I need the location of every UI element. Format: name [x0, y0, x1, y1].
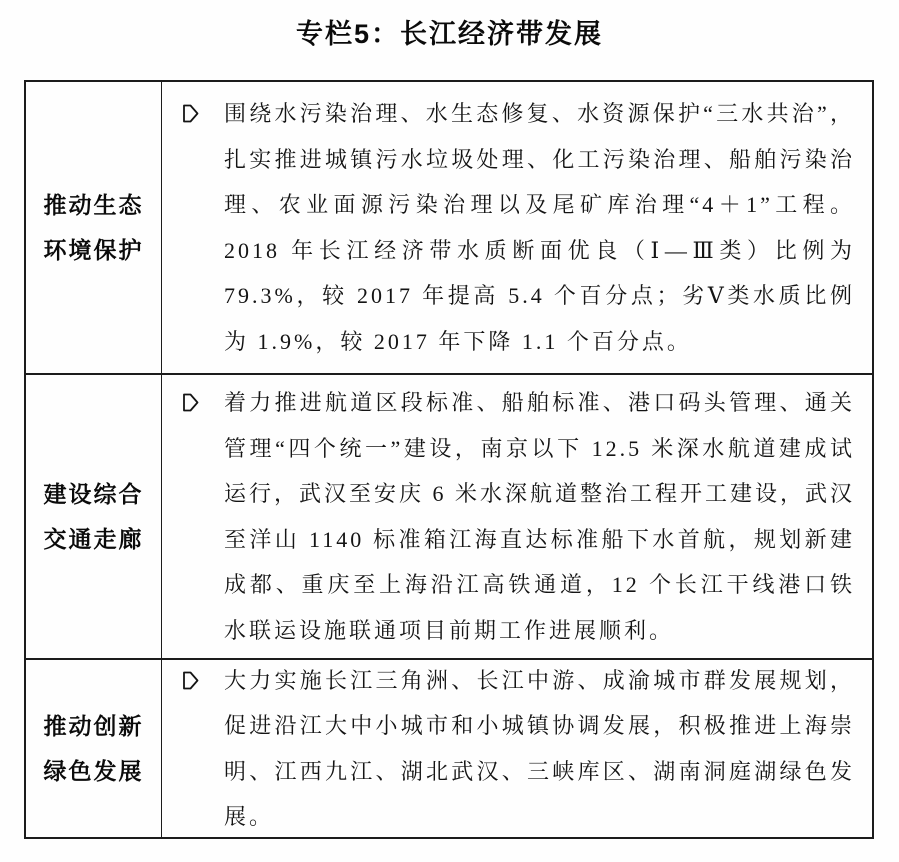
bullet-item: 着力推进航道区段标准、船舶标准、港口码头管理、通关管理“四个统一”建设，南京以下…: [182, 380, 855, 653]
row-content-ecology: 围绕水污染治理、水生态修复、水资源保护“三水共治”，扎实推进城镇污水垃圾处理、化…: [162, 82, 872, 373]
row-label-transport: 建设综合 交通走廊: [26, 375, 162, 658]
row-label-line: 绿色发展: [44, 749, 144, 794]
bullet-text: 围绕水污染治理、水生态修复、水资源保护“三水共治”，扎实推进城镇污水垃圾处理、化…: [224, 91, 855, 364]
table-row-transport: 建设综合 交通走廊 着力推进航道区段标准、船舶标准、港口码头管理、通关管理“四个…: [26, 373, 872, 658]
row-label-line: 环境保护: [44, 228, 144, 273]
row-label-line: 推动创新: [44, 704, 144, 749]
table-row-ecology: 推动生态 环境保护 围绕水污染治理、水生态修复、水资源保护“三水共治”，扎实推进…: [26, 82, 872, 373]
page-title: 专栏5：长江经济带发展: [0, 12, 899, 51]
row-label-line: 交通走廊: [44, 517, 144, 562]
row-label-innovation: 推动创新 绿色发展: [26, 660, 162, 837]
bullet-item: 围绕水污染治理、水生态修复、水资源保护“三水共治”，扎实推进城镇污水垃圾处理、化…: [182, 91, 855, 364]
row-content-innovation: 大力实施长江三角洲、长江中游、成渝城市群发展规划，促进沿江大中小城市和小城镇协调…: [162, 660, 872, 837]
bullet-item: 大力实施长江三角洲、长江中游、成渝城市群发展规划，促进沿江大中小城市和小城镇协调…: [182, 658, 855, 840]
feature-box-table: 推动生态 环境保护 围绕水污染治理、水生态修复、水资源保护“三水共治”，扎实推进…: [24, 80, 874, 839]
bullet-text: 大力实施长江三角洲、长江中游、成渝城市群发展规划，促进沿江大中小城市和小城镇协调…: [224, 658, 855, 840]
document-page: 专栏5：长江经济带发展 推动生态 环境保护 围绕水污染治理、水生态修复、水资源保…: [0, 0, 899, 862]
row-label-line: 建设综合: [44, 472, 144, 517]
row-content-transport: 着力推进航道区段标准、船舶标准、港口码头管理、通关管理“四个统一”建设，南京以下…: [162, 375, 872, 658]
bullet-text: 着力推进航道区段标准、船舶标准、港口码头管理、通关管理“四个统一”建设，南京以下…: [224, 380, 855, 653]
row-label-ecology: 推动生态 环境保护: [26, 82, 162, 373]
arrow-pentagon-bullet-icon: [182, 658, 224, 692]
row-label-line: 推动生态: [44, 183, 144, 228]
arrow-pentagon-bullet-icon: [182, 380, 224, 414]
arrow-pentagon-bullet-icon: [182, 91, 224, 125]
table-row-innovation: 推动创新 绿色发展 大力实施长江三角洲、长江中游、成渝城市群发展规划，促进沿江大…: [26, 658, 872, 837]
